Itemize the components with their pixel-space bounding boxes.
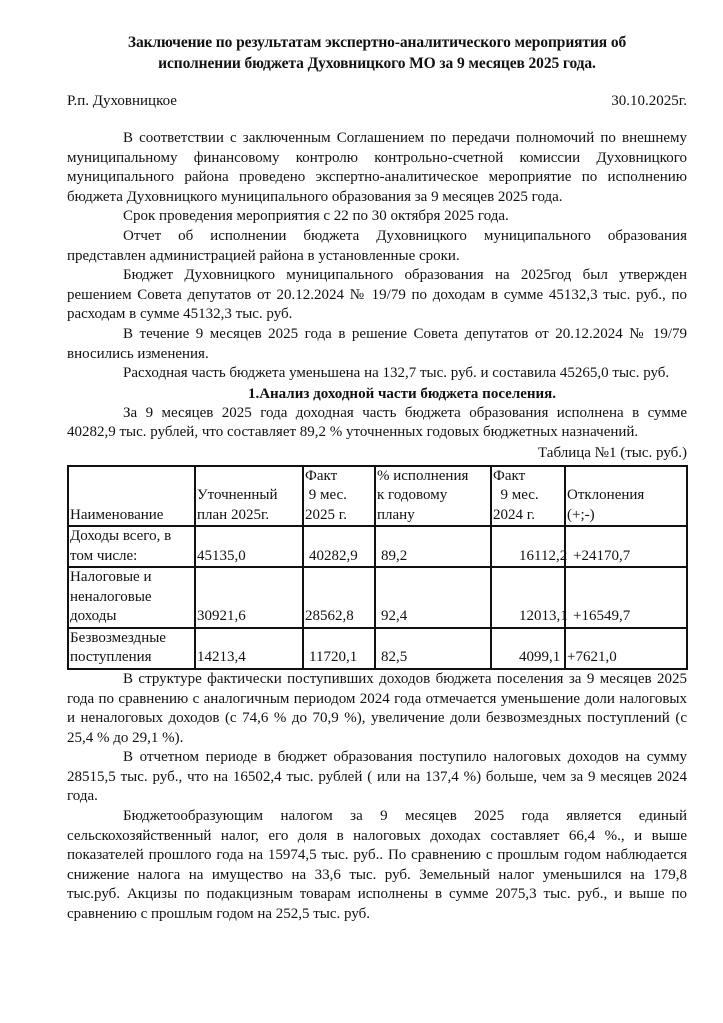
title-line-2: исполнении бюджета Духовницкого МО за 9 … xyxy=(67,53,687,74)
income-table: НаименованиеУточненныйплан 2025г.Факт 9 … xyxy=(67,465,688,670)
table-row: Доходы всего, в том числе:45135,040282,9… xyxy=(68,526,687,567)
table-header-cell: Уточненныйплан 2025г. xyxy=(195,466,303,527)
table-header-cell: Факт 9 мес.2025 г. xyxy=(303,466,375,527)
table-row: Налоговые и неналоговые доходы30921,6285… xyxy=(68,567,687,628)
cell-fact-9m-2025: 40282,9 xyxy=(303,526,375,567)
table-row: Безвозмездные поступления14213,411720,18… xyxy=(68,628,687,669)
cell-plan-2025: 14213,4 xyxy=(195,628,303,669)
table-header-cell: Факт 9 мес.2024 г. xyxy=(491,466,565,527)
after-paragraph: В структуре фактически поступивших доход… xyxy=(67,670,687,748)
cell-deviation: +16549,7 xyxy=(565,567,687,628)
cell-fact-9m-2024: 16112,2 xyxy=(491,526,565,567)
date: 30.10.2025г. xyxy=(611,91,687,111)
document-title: Заключение по результатам экспертно-анал… xyxy=(67,32,687,74)
section-paragraph: За 9 месяцев 2025 года доходная часть бю… xyxy=(67,404,687,443)
cell-plan-2025: 30921,6 xyxy=(195,567,303,628)
place-date-row: Р.п. Духовницкое 30.10.2025г. xyxy=(67,91,687,111)
intro-paragraph: Расходная часть бюджета уменьшена на 132… xyxy=(67,364,687,384)
document-page: Заключение по результатам экспертно-анал… xyxy=(67,32,687,925)
row-name: Налоговые и неналоговые доходы xyxy=(68,567,195,628)
intro-paragraph: В течение 9 месяцев 2025 года в решение … xyxy=(67,325,687,364)
cell-fact-9m-2024: 4099,1 xyxy=(491,628,565,669)
row-name: Безвозмездные поступления xyxy=(68,628,195,669)
place: Р.п. Духовницкое xyxy=(67,91,177,111)
cell-deviation: +7621,0 xyxy=(565,628,687,669)
cell-fact-9m-2024: 12013,1 xyxy=(491,567,565,628)
after-paragraph: В отчетном периоде в бюджет образования … xyxy=(67,748,687,807)
intro-paragraph: Бюджет Духовницкого муниципального образ… xyxy=(67,266,687,325)
title-line-1: Заключение по результатам экспертно-анал… xyxy=(67,32,687,53)
cell-percent: 89,2 xyxy=(375,526,491,567)
table-header-row: НаименованиеУточненныйплан 2025г.Факт 9 … xyxy=(68,466,687,527)
intro-paragraph: Отчет об исполнении бюджета Духовницкого… xyxy=(67,227,687,266)
row-name: Доходы всего, в том числе: xyxy=(68,526,195,567)
section-heading: 1.Анализ доходной части бюджета поселени… xyxy=(67,384,687,404)
table-header-cell: Отклонения(+;-) xyxy=(565,466,687,527)
cell-fact-9m-2025: 11720,1 xyxy=(303,628,375,669)
table-header-cell: % исполненияк годовомуплану xyxy=(375,466,491,527)
cell-plan-2025: 45135,0 xyxy=(195,526,303,567)
cell-fact-9m-2025: 28562,8 xyxy=(303,567,375,628)
intro-paragraph: В соответствии с заключенным Соглашением… xyxy=(67,129,687,207)
table-header-cell: Наименование xyxy=(68,466,195,527)
table-caption: Таблица №1 (тыс. руб.) xyxy=(67,443,687,463)
intro-paragraph: Срок проведения мероприятия с 22 по 30 о… xyxy=(67,207,687,227)
cell-deviation: +24170,7 xyxy=(565,526,687,567)
after-paragraph: Бюджетообразующим налогом за 9 месяцев 2… xyxy=(67,807,687,925)
cell-percent: 92,4 xyxy=(375,567,491,628)
cell-percent: 82,5 xyxy=(375,628,491,669)
